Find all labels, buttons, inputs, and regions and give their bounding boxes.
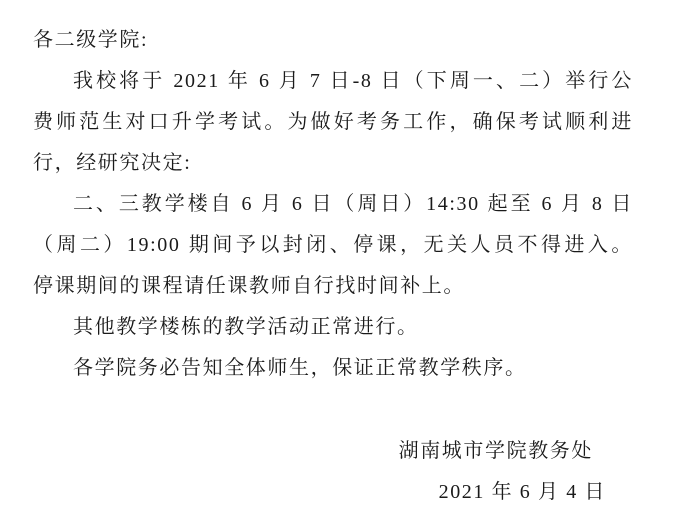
salutation: 各二级学院: [33, 20, 633, 61]
notice-document: 各二级学院: 我校将于 2021 年 6 月 7 日-8 日（下周一、二）举行公… [0, 0, 673, 529]
body-line-4: 二、三教学楼自 6 月 6 日（周日）14:30 起至 6 月 8 日 [33, 184, 633, 225]
body-line-7: 其他教学楼栋的教学活动正常进行。 [33, 307, 633, 348]
body-line-6: 停课期间的课程请任课教师自行找时间补上。 [33, 266, 633, 307]
signature-block: 湖南城市学院教务处 2021 年 6 月 4 日 [33, 431, 633, 513]
body-line-3: 行，经研究决定: [33, 143, 633, 184]
body-line-5: （周二）19:00 期间予以封闭、停课，无关人员不得进入。 [33, 225, 633, 266]
signature-date: 2021 年 6 月 4 日 [33, 472, 606, 513]
signature-org: 湖南城市学院教务处 [33, 431, 593, 472]
body-line-1: 我校将于 2021 年 6 月 7 日-8 日（下周一、二）举行公 [33, 61, 633, 102]
body-line-2: 费师范生对口升学考试。为做好考务工作，确保考试顺利进 [33, 102, 633, 143]
body-line-8: 各学院务必告知全体师生，保证正常教学秩序。 [33, 348, 633, 389]
